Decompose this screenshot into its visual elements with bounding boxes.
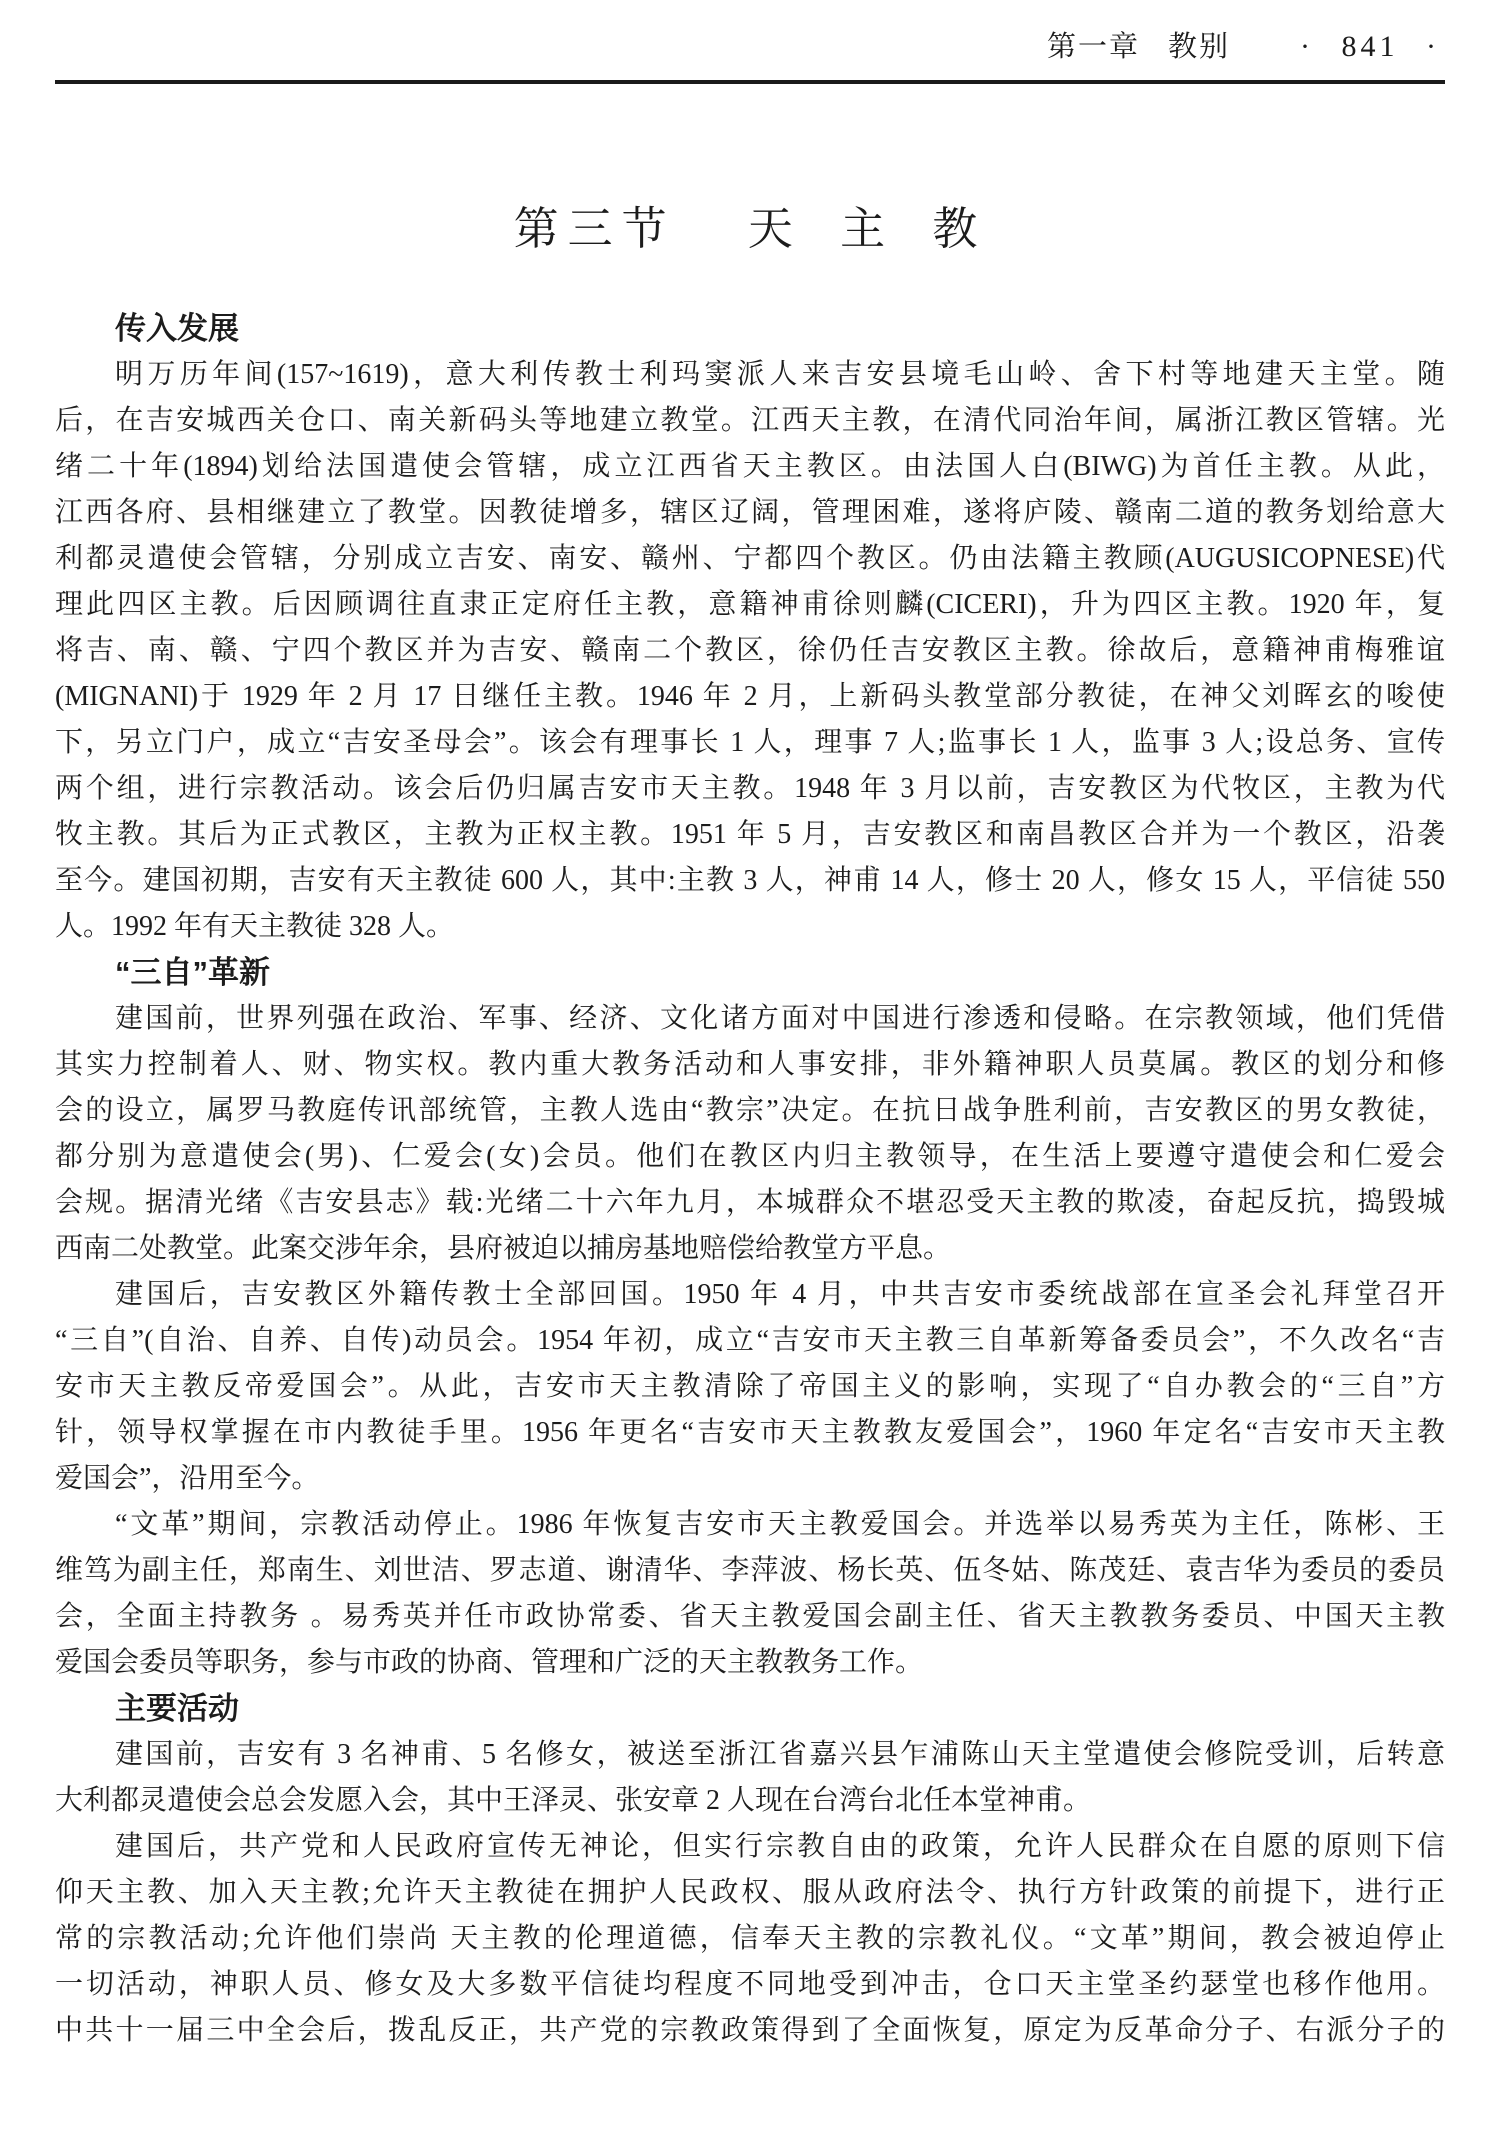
- text-line: 其实力控制着人、财、物实权。教内重大教务活动和人事安排，非外籍神职人员莫属。教区…: [55, 1042, 1445, 1088]
- text-line: 西南二处教堂。此案交涉年余，县府被迫以捕房基地赔偿给教堂方平息。: [55, 1226, 1445, 1272]
- page-number: · 841 ·: [1300, 30, 1440, 64]
- text-line: 安市天主教反帝爱国会”。从此，吉安市天主教清除了帝国主义的影响，实现了“自办教会…: [55, 1364, 1445, 1410]
- text-line: 后，在吉安城西关仓口、南关新码头等地建立教堂。江西天主教，在清代同治年间，属浙江…: [55, 398, 1445, 444]
- text-line: 会，全面主持教务 。易秀英并任市政协常委、省天主教爱国会副主任、省天主教教务委员…: [55, 1594, 1445, 1640]
- text-line: 江西各府、县相继建立了教堂。因教徒增多，辖区辽阔，管理困难，遂将庐陵、赣南二道的…: [55, 490, 1445, 536]
- running-header-part: 教别: [1168, 24, 1230, 65]
- text-line: 针，领导权掌握在市内教徒手里。1956 年更名“吉安市天主教教友爱国会”，196…: [55, 1410, 1445, 1456]
- text-line: 爱国会委员等职务，参与市政的协商、管理和广泛的天主教教务工作。: [55, 1640, 1445, 1686]
- text-line: 至今。建国初期，吉安有天主教徒 600 人，其中:主教 3 人，神甫 14 人，…: [55, 858, 1445, 904]
- text-line: 仰天主教、加入天主教;允许天主教徒在拥护人民政权、服从政府法令、执行方针政策的前…: [55, 1870, 1445, 1916]
- text-line: “三自”(自治、自养、自传)动员会。1954 年初，成立“吉安市天主教三自革新筹…: [55, 1318, 1445, 1364]
- text-line: (MIGNANI)于 1929 年 2 月 17 日继任主教。1946 年 2 …: [55, 674, 1445, 720]
- text-line: 利都灵遣使会管辖，分别成立吉安、南安、赣州、宁都四个教区。仍由法籍主教顾(AUG…: [55, 536, 1445, 582]
- text-line: 中共十一届三中全会后，拨乱反正，共产党的宗教政策得到了全面恢复，原定为反革命分子…: [55, 2008, 1445, 2054]
- text-line: “文革”期间，宗教活动停止。1986 年恢复吉安市天主教爱国会。并选举以易秀英为…: [55, 1502, 1445, 1548]
- section-title-number: 第三节: [514, 204, 676, 254]
- text-line: 两个组，进行宗教活动。该会后仍归属吉安市天主教。1948 年 3 月以前，吉安教…: [55, 766, 1445, 812]
- text-line: 建国前，吉安有 3 名神甫、5 名修女，被送至浙江省嘉兴县乍浦陈山天主堂遣使会修…: [55, 1732, 1445, 1778]
- text-line: 明万历年间(157~1619)，意大利传教士利玛窦派人来吉安县境毛山岭、舍下村等…: [55, 352, 1445, 398]
- running-header-chapter: 第一章: [1047, 24, 1140, 65]
- text-line: 建国前，世界列强在政治、军事、经济、文化诸方面对中国进行渗透和侵略。在宗教领域，…: [55, 996, 1445, 1042]
- section-heading: 传入发展: [55, 306, 1445, 352]
- text-line: 绪二十年(1894)划给法国遣使会管辖，成立江西省天主教区。由法国人白(BIWG…: [55, 444, 1445, 490]
- text-line: 维笃为副主任，郑南生、刘世洁、罗志道、谢清华、李萍波、杨长英、伍冬姑、陈茂廷、袁…: [55, 1548, 1445, 1594]
- text-line: 人。1992 年有天主教徒 328 人。: [55, 904, 1445, 950]
- running-header: 第一章 教别 · 841 ·: [55, 24, 1440, 65]
- section-heading: “三自”革新: [55, 950, 1445, 996]
- section-heading: 主要活动: [55, 1686, 1445, 1732]
- text-line: 常的宗教活动;允许他们崇尚 天主教的伦理道德，信奉天主教的宗教礼仪。“文革”期间…: [55, 1916, 1445, 1962]
- section-title-text: 天 主 教: [748, 204, 987, 254]
- text-line: 一切活动，神职人员、修女及大多数平信徒均程度不同地受到冲击，仓口天主堂圣约瑟堂也…: [55, 1962, 1445, 2008]
- text-line: 建国后，吉安教区外籍传教士全部回国。1950 年 4 月，中共吉安市委统战部在宣…: [55, 1272, 1445, 1318]
- text-line: 理此四区主教。后因顾调往直隶正定府任主教，意籍神甫徐则麟(CICERI)，升为四…: [55, 582, 1445, 628]
- text-line: 爱国会”，沿用至今。: [55, 1456, 1445, 1502]
- text-line: 建国后，共产党和人民政府宣传无神论，但实行宗教自由的政策，允许人民群众在自愿的原…: [55, 1824, 1445, 1870]
- header-rule: [55, 80, 1445, 84]
- text-line: 会规。据清光绪《吉安县志》载:光绪二十六年九月，本城群众不堪忍受天主教的欺凌，奋…: [55, 1180, 1445, 1226]
- text-line: 牧主教。其后为正式教区，主教为正权主教。1951 年 5 月，吉安教区和南昌教区…: [55, 812, 1445, 858]
- text-line: 大利都灵遣使会总会发愿入会，其中王泽灵、张安章 2 人现在台湾台北任本堂神甫。: [55, 1778, 1445, 1824]
- text-line: 会的设立，属罗马教庭传讯部统管，主教人选由“教宗”决定。在抗日战争胜利前，吉安教…: [55, 1088, 1445, 1134]
- book-page: 第一章 教别 · 841 · 第三节 天 主 教 传入发展明万历年间(157~1…: [0, 0, 1500, 2139]
- section-title: 第三节 天 主 教: [0, 192, 1500, 257]
- text-line: 下，另立门户，成立“吉安圣母会”。该会有理事长 1 人，理事 7 人;监事长 1…: [55, 720, 1445, 766]
- text-line: 将吉、南、赣、宁四个教区并为吉安、赣南二个教区，徐仍任吉安教区主教。徐故后，意籍…: [55, 628, 1445, 674]
- body-text: 传入发展明万历年间(157~1619)，意大利传教士利玛窦派人来吉安县境毛山岭、…: [55, 306, 1445, 2054]
- text-line: 都分别为意遣使会(男)、仁爱会(女)会员。他们在教区内归主教领导，在生活上要遵守…: [55, 1134, 1445, 1180]
